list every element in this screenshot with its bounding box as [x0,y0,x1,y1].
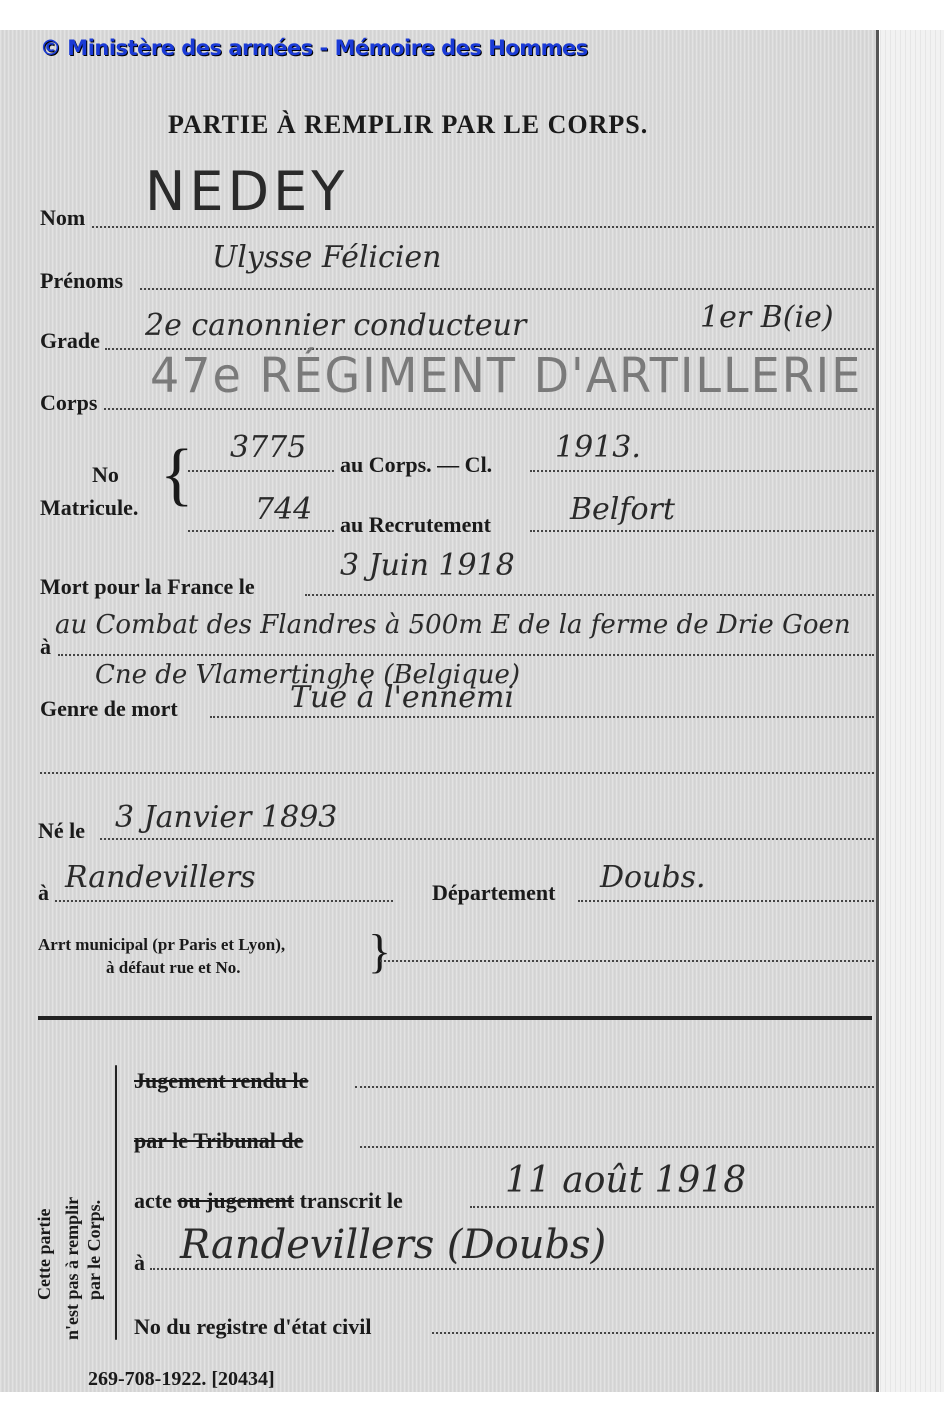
ne-le-value: 3 Janvier 1893 [115,800,337,835]
prenoms-label: Prénoms [40,268,123,294]
genre-mort-value: Tué à l'ennemi [290,680,514,715]
lieu-mort-value-1: au Combat des Flandres à 500m E de la fe… [55,610,851,640]
transcrit-lieu-label: à [134,1250,145,1276]
side-label-3: par le Corps. [84,1200,105,1300]
transcrit-suffix: transcrit le [300,1188,403,1213]
classe-value: 1913. [555,430,641,465]
nom-line [92,226,874,228]
page-edge [876,30,879,1392]
ne-a-line [55,900,393,902]
transcrit-value: 11 août 1918 [505,1160,746,1201]
prenoms-value: Ulysse Félicien [212,240,442,275]
mort-label: Mort pour la France le [40,574,255,600]
ne-a-label: à [38,880,49,906]
nom-value: NEDEY [145,160,348,223]
lieu-mort-label: à [40,634,51,660]
prenoms-line [140,288,874,290]
registre-line [432,1332,874,1334]
au-recrutement-label: au Recrutement [340,512,491,538]
registre-label: No du registre d'état civil [134,1314,372,1340]
civil-section-side-label: Cette partie n'est pas à remplir par le … [20,1110,130,1310]
ne-le-label: Né le [38,818,85,844]
mort-line [305,594,874,596]
corps-number-line [188,470,334,472]
lieu-mort-line [58,654,874,656]
transcrit-prefix: acte [134,1188,172,1213]
classe-line [530,470,874,472]
transcrit-label: acte ou jugement transcrit le [134,1188,403,1214]
form-title: PARTIE À REMPLIR PAR LE CORPS. [168,110,648,140]
blank-line [40,772,874,774]
genre-mort-line [210,716,874,718]
arrondissement-brace: } [368,928,391,976]
corps-number-value: 3775 [230,430,306,465]
transcrit-lieu-line [150,1268,874,1270]
form-reference: 269-708-1922. [20434] [88,1368,275,1391]
matricule-brace: { [160,440,194,510]
au-corps-label: au Corps. — Cl. [340,452,492,478]
grade-annotation: 1er B(ie) [700,300,834,335]
ne-le-line [100,838,874,840]
transcrit-struck: ou jugement [177,1188,294,1213]
recrutement-place-value: Belfort [570,492,675,527]
genre-mort-label: Genre de mort [40,696,178,722]
side-label-1: Cette partie [34,1209,55,1300]
jugement-rendu-line [355,1086,874,1088]
ne-a-value: Randevillers [65,860,256,895]
recrutement-number-value: 744 [255,492,312,527]
arrondissement-label-1: Arrt municipal (pr Paris et Lyon), [38,935,285,955]
regiment-stamp: 47e RÉGIMENT D'ARTILLERIE [150,347,862,404]
corps-label: Corps [40,390,97,416]
grade-value: 2e canonnier conducteur [145,308,526,343]
jugement-rendu-label: Jugement rendu le [134,1068,308,1094]
recrutement-place-line [530,530,874,532]
corps-line [104,408,874,410]
arrondissement-label-2: à défaut rue et No. [106,958,241,978]
tribunal-line [360,1146,874,1148]
section-divider [38,1016,872,1020]
departement-line [578,900,874,902]
tribunal-label: par le Tribunal de [134,1128,303,1154]
scan-margin [880,30,944,1392]
arrondissement-line [380,960,874,962]
transcrit-lieu-value: Randevillers (Doubs) [180,1222,606,1268]
grade-label: Grade [40,328,100,354]
departement-value: Doubs. [600,860,706,895]
nom-label: Nom [40,205,85,231]
recrutement-number-line [188,530,334,532]
civil-section-brace [115,1065,117,1340]
transcrit-line [470,1206,874,1208]
departement-label: Département [432,880,555,906]
watermark: © Ministère des armées - Mémoire des Hom… [40,36,588,60]
side-label-2: n'est pas à remplir [62,1197,83,1340]
mort-value: 3 Juin 1918 [340,548,515,583]
matricule-no-label: No [92,462,119,488]
matricule-label: Matricule. [40,495,138,521]
